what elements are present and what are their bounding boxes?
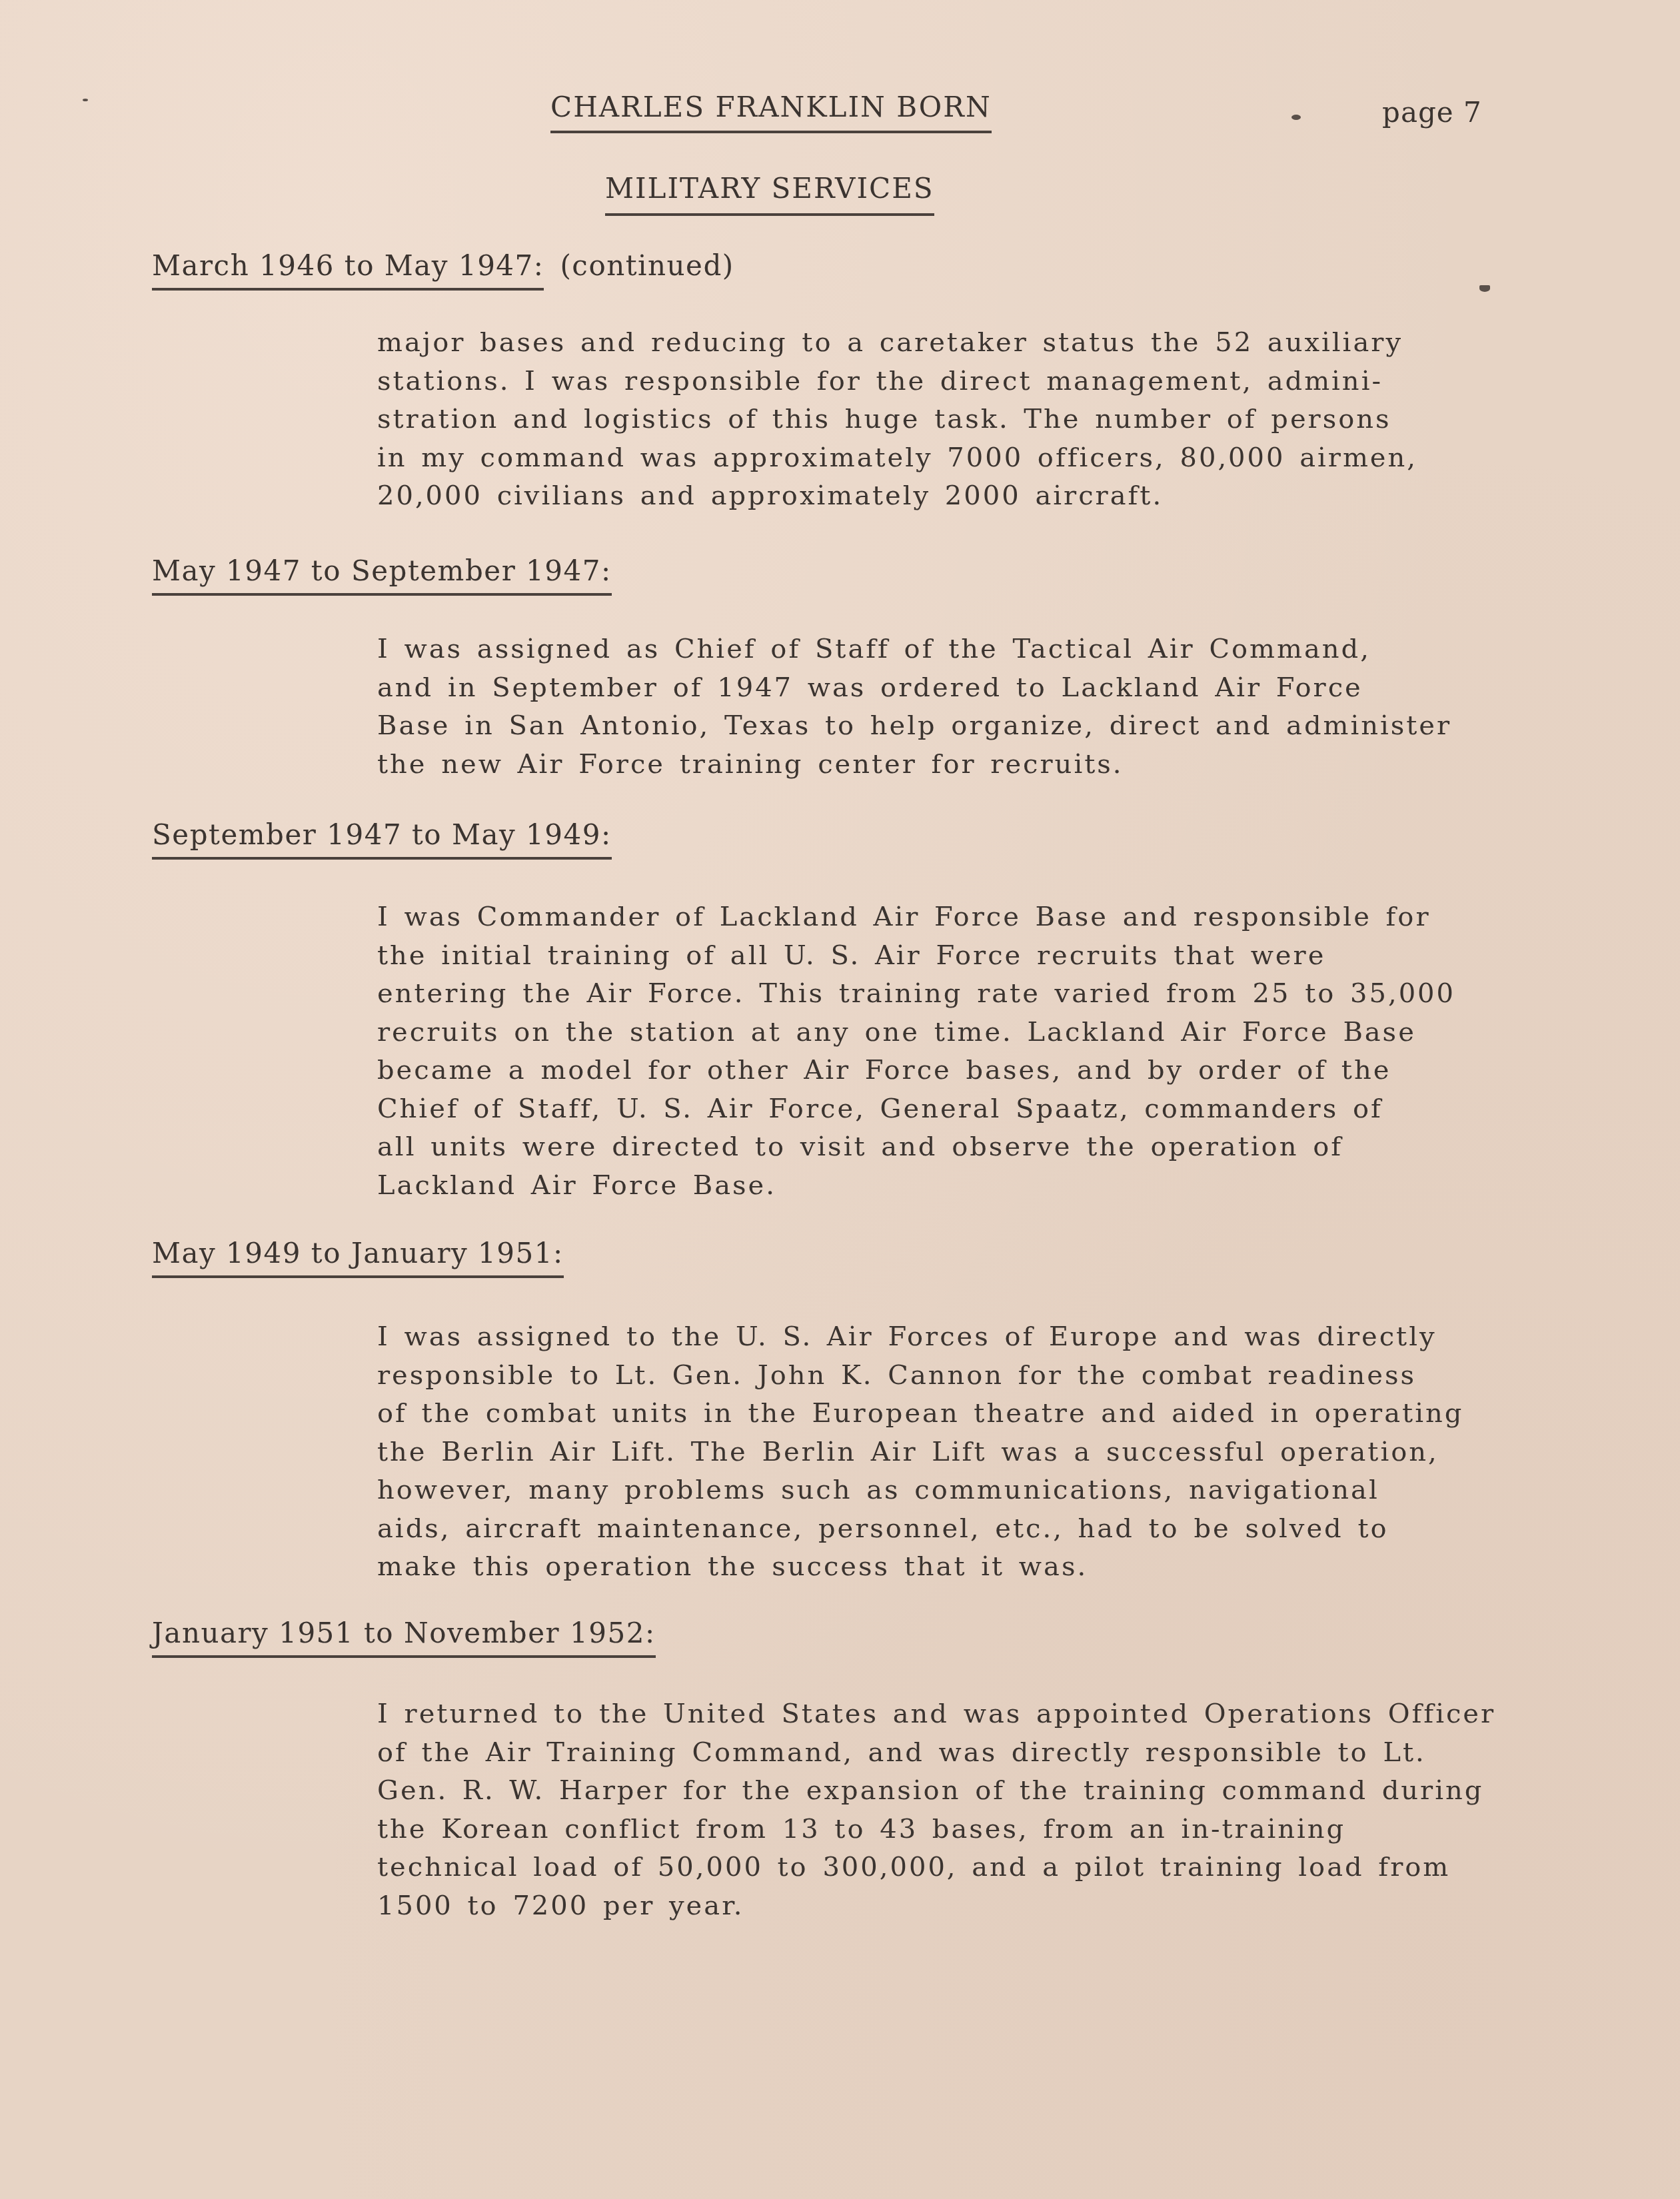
entry-note: (continued) — [560, 249, 734, 282]
entry-date-range: January 1951 to November 1952: — [152, 1619, 656, 1658]
body-line: Gen. R. W. Harper for the expansion of t… — [377, 1772, 1577, 1811]
body-line: in my command was approximately 7000 off… — [377, 439, 1577, 478]
ink-speck — [1479, 285, 1490, 292]
entry-body: I was Commander of Lackland Air Force Ba… — [377, 898, 1577, 1205]
body-line: all units were directed to visit and obs… — [377, 1128, 1577, 1167]
body-line: stations. I was responsible for the dire… — [377, 363, 1577, 401]
document-header-name: CHARLES FRANKLIN BORN — [550, 93, 992, 133]
body-line: of the combat units in the European thea… — [377, 1395, 1577, 1433]
body-line: major bases and reducing to a caretaker … — [377, 324, 1577, 363]
body-line: make this operation the success that it … — [377, 1548, 1577, 1587]
body-line: the Berlin Air Lift. The Berlin Air Lift… — [377, 1433, 1577, 1472]
ink-speck — [1291, 115, 1301, 120]
body-line: aids, aircraft maintenance, personnel, e… — [377, 1510, 1577, 1549]
body-line: Chief of Staff, U. S. Air Force, General… — [377, 1090, 1577, 1129]
entry-date-range: March 1946 to May 1947: — [152, 252, 544, 291]
body-line: I was Commander of Lackland Air Force Ba… — [377, 898, 1577, 937]
ink-speck — [83, 99, 88, 101]
body-line: stration and logistics of this huge task… — [377, 400, 1577, 439]
body-line: Base in San Antonio, Texas to help organ… — [377, 707, 1577, 746]
entry-date-range: May 1949 to January 1951: — [152, 1239, 564, 1278]
body-line: the initial training of all U. S. Air Fo… — [377, 937, 1577, 976]
entry-heading: May 1947 to September 1947: — [152, 557, 612, 596]
entry-body: major bases and reducing to a caretaker … — [377, 324, 1577, 516]
body-line: I returned to the United States and was … — [377, 1695, 1577, 1734]
body-line: I was assigned as Chief of Staff of the … — [377, 630, 1577, 669]
body-line: I was assigned to the U. S. Air Forces o… — [377, 1318, 1577, 1357]
entry-date-range: September 1947 to May 1949: — [152, 821, 612, 860]
entry-body: I was assigned as Chief of Staff of the … — [377, 630, 1577, 784]
body-line: 1500 to 7200 per year. — [377, 1887, 1577, 1926]
body-line: the Korean conflict from 13 to 43 bases,… — [377, 1811, 1577, 1849]
entry-heading: March 1946 to May 1947:(continued) — [152, 252, 734, 291]
body-line: became a model for other Air Force bases… — [377, 1052, 1577, 1090]
body-line: recruits on the station at any one time.… — [377, 1014, 1577, 1052]
body-line: entering the Air Force. This training ra… — [377, 975, 1577, 1014]
body-line: of the Air Training Command, and was dir… — [377, 1734, 1577, 1773]
entry-heading: May 1949 to January 1951: — [152, 1239, 564, 1278]
body-line: Lackland Air Force Base. — [377, 1167, 1577, 1205]
page-number: page 7 — [1382, 99, 1482, 127]
body-line: responsible to Lt. Gen. John K. Cannon f… — [377, 1357, 1577, 1395]
entry-body: I was assigned to the U. S. Air Forces o… — [377, 1318, 1577, 1587]
body-line: technical load of 50,000 to 300,000, and… — [377, 1848, 1577, 1887]
body-line: and in September of 1947 was ordered to … — [377, 669, 1577, 708]
document-page: CHARLES FRANKLIN BORN page 7 MILITARY SE… — [0, 0, 1680, 2199]
entry-date-range: May 1947 to September 1947: — [152, 557, 612, 596]
entry-body: I returned to the United States and was … — [377, 1695, 1577, 1925]
section-title: MILITARY SERVICES — [605, 175, 934, 216]
entry-heading: September 1947 to May 1949: — [152, 821, 612, 860]
body-line: however, many problems such as communica… — [377, 1471, 1577, 1510]
body-line: 20,000 civilians and approximately 2000 … — [377, 477, 1577, 516]
entry-heading: January 1951 to November 1952: — [152, 1619, 656, 1658]
body-line: the new Air Force training center for re… — [377, 746, 1577, 784]
